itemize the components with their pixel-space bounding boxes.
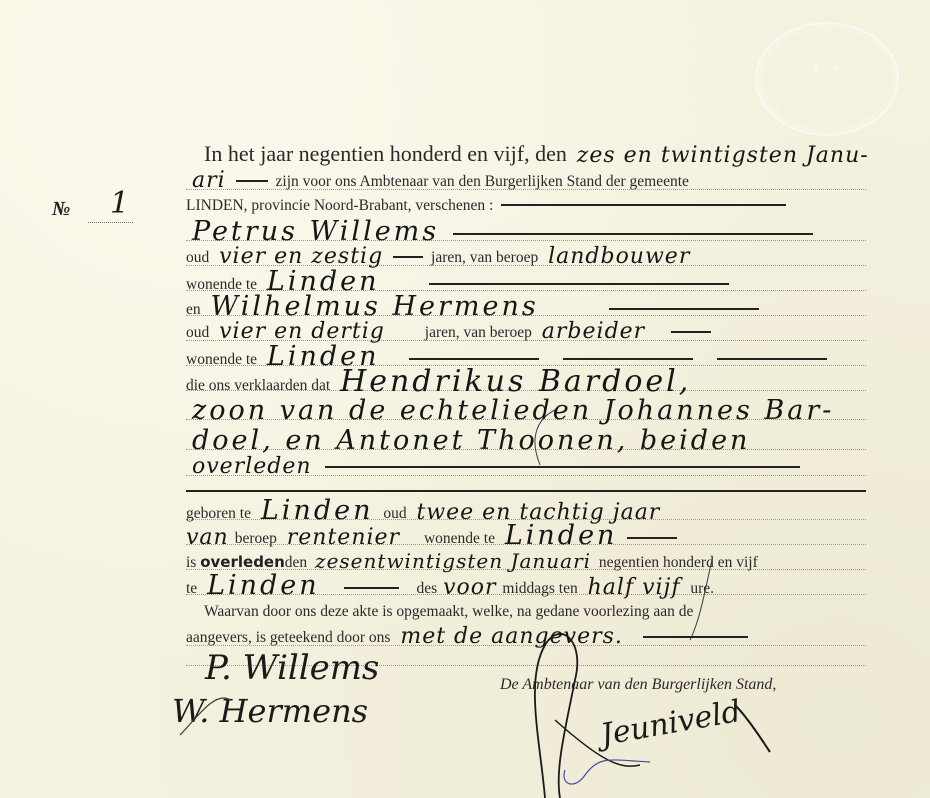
handwritten-text: van xyxy=(186,525,229,550)
printed-text: middags ten xyxy=(502,580,577,597)
declarant2-name: Wilhelmus Hermens xyxy=(211,291,539,322)
place-of-death: Linden xyxy=(207,570,320,601)
parents-text: zoon van de echtelieden Johannes Bar- xyxy=(192,395,834,426)
printed-text: beroep xyxy=(235,530,277,547)
printed-text: Waarvan door ons deze akte is opgemaakt,… xyxy=(204,603,693,620)
printed-text: geboren te xyxy=(186,505,251,522)
line-14: geboren te Linden oud twee en tachtig ja… xyxy=(186,500,866,522)
number-sign: № xyxy=(52,198,70,221)
line-6: wonende te Linden xyxy=(186,271,866,293)
printed-text: wonende te xyxy=(424,530,495,547)
printed-text: zijn voor ons Ambtenaar van den Burgerli… xyxy=(276,173,689,190)
printed-text: die ons verklaarden dat xyxy=(186,377,330,394)
printed-text: des xyxy=(417,580,438,597)
parents-status: overleden xyxy=(192,454,312,479)
official-title: De Ambtenaar van den Burgerlijken Stand, xyxy=(500,676,776,694)
printed-text: en xyxy=(186,301,201,318)
printed-text: wonende te xyxy=(186,351,257,368)
line-7: en Wilhelmus Hermens xyxy=(186,296,866,318)
death-date: zesentwintigsten Januari xyxy=(315,549,591,573)
line-1: In het jaar negentien honderd en vijf, d… xyxy=(186,143,866,165)
declarant1-name: Petrus Willems xyxy=(192,216,439,247)
signed-with: met de aangevers. xyxy=(400,624,623,649)
witness2-signature: W. Hermens xyxy=(172,692,368,730)
deceased-occupation: rentenier xyxy=(287,525,400,550)
printed-text: den xyxy=(285,554,307,571)
witness1-signature: P. Willems xyxy=(205,648,379,688)
line-19: aangevers, is geteekend door ons met de … xyxy=(186,626,866,648)
printed-text: In het jaar negentien honderd en vijf, d… xyxy=(204,141,567,166)
line-16: is overledenden zesentwintigsten Januari… xyxy=(186,550,866,572)
line-17: te Linden des voor middags ten half vijf… xyxy=(186,575,866,597)
stamped-word: overleden xyxy=(200,553,285,571)
printed-text: oud xyxy=(186,249,209,266)
line-2: ari zijn voor ons Ambtenaar van den Burg… xyxy=(186,170,866,192)
birthplace: Linden xyxy=(261,495,374,526)
printed-text: negentien honderd en vijf xyxy=(599,554,758,571)
printed-text: is xyxy=(186,554,196,571)
printed-text: te xyxy=(186,580,197,597)
seal-text: ⚜ ⚜ xyxy=(757,62,897,79)
line-5: oud vier en zestig jaren, van beroep lan… xyxy=(186,246,866,268)
record-number-value: 1 xyxy=(110,186,129,221)
separator-rule xyxy=(186,490,866,492)
deceased-residence: Linden xyxy=(505,520,618,551)
printed-text: jaren, van beroep xyxy=(431,249,538,266)
line-11: zoon van de echtelieden Johannes Bar- xyxy=(186,400,866,422)
line-3: LINDEN, provincie Noord-Brabant, versche… xyxy=(186,195,866,217)
deceased-name: Hendrikus Bardoel, xyxy=(340,364,691,399)
line-10: die ons verklaarden dat Hendrikus Bardoe… xyxy=(186,371,866,393)
printed-text: LINDEN, provincie Noord-Brabant, versche… xyxy=(186,197,493,214)
printed-text: ure. xyxy=(690,580,714,597)
handwritten-date: zes en twintigsten Janu- xyxy=(577,143,869,168)
line-8: oud vier en dertig jaren, van beroep arb… xyxy=(186,321,866,343)
time-of-day: voor xyxy=(443,575,496,600)
declarant2-occupation: arbeider xyxy=(542,319,645,344)
line-4: Petrus Willems xyxy=(186,221,866,243)
declarant1-occupation: landbouwer xyxy=(548,244,690,269)
printed-text: jaren, van beroep xyxy=(425,324,532,341)
line-12: doel, en Antonet Thoonen, beiden xyxy=(186,430,866,452)
official-signature: Jeuniveld xyxy=(598,694,743,753)
dotted-line xyxy=(88,222,133,223)
time-of-death: half vijf xyxy=(588,575,681,600)
embossed-seal: ⚜ ⚜ xyxy=(755,22,899,136)
parents-text-continued: doel, en Antonet Thoonen, beiden xyxy=(192,425,750,456)
line-15: vanberoep rentenier wonende te Linden xyxy=(186,525,866,547)
line-18: Waarvan door ons deze akte is opgemaakt,… xyxy=(186,601,866,623)
printed-text: aangevers, is geteekend door ons xyxy=(186,629,390,646)
printed-text: oud xyxy=(383,505,406,522)
printed-text: oud xyxy=(186,324,209,341)
handwritten-text: ari xyxy=(192,168,226,193)
line-13: overleden xyxy=(186,456,866,478)
